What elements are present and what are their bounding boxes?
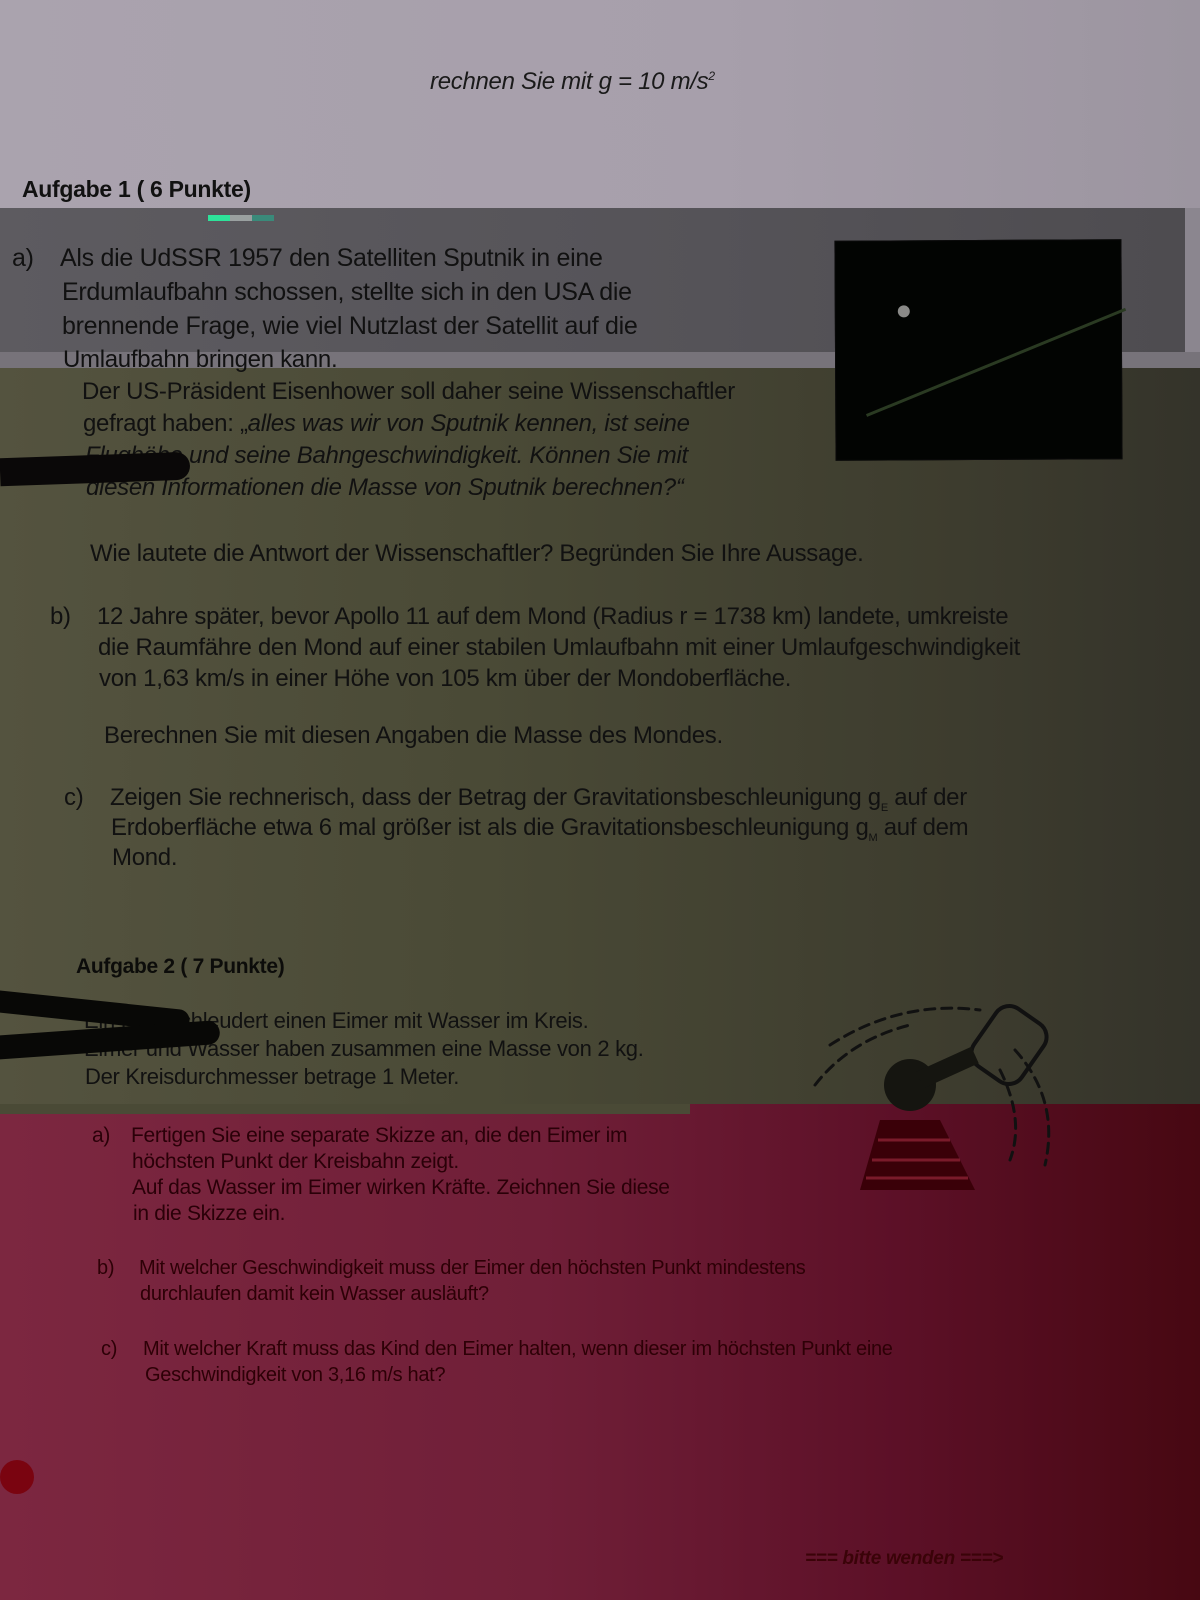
task1-a-line: Erdumlaufbahn schossen, stellte sich in … [62, 278, 632, 307]
task2-intro-line: Der Kreisdurchmesser betrage 1 Meter. [85, 1064, 459, 1090]
paper-edge [1185, 208, 1200, 366]
moon-icon [898, 305, 910, 317]
task1-heading: Aufgabe 1 ( 6 Punkte) [22, 176, 251, 203]
task1-c-line: Zeigen Sie rechnerisch, dass der Betrag … [110, 784, 967, 814]
task1-c-line: Erdoberfläche etwa 6 mal größer ist als … [111, 814, 968, 844]
child-swinging-bucket-illustration [800, 990, 1090, 1190]
task1-b-label: b) [50, 603, 71, 631]
gravity-hint: rechnen Sie mit g = 10 m/s2 [430, 68, 715, 96]
task2-a-label: a) [92, 1124, 110, 1148]
task2-c-line: Mit welcher Kraft muss das Kind den Eime… [143, 1338, 893, 1361]
task1-a-line: brennende Frage, wie viel Nutzlast der S… [62, 312, 638, 341]
task2-heading: Aufgabe 2 ( 7 Punkte) [76, 955, 284, 979]
task2-b-label: b) [97, 1257, 114, 1280]
task2-a-line: in die Skizze ein. [133, 1202, 285, 1226]
task1-b-line: 12 Jahre später, bevor Apollo 11 auf dem… [97, 603, 1008, 631]
task2-c-line: Geschwindigkeit von 3,16 m/s hat? [145, 1364, 445, 1387]
sputnik-photo [834, 239, 1122, 460]
task1-a-question: Wie lautete die Antwort der Wissenschaft… [90, 540, 864, 568]
scan-glitch [208, 208, 278, 222]
task1-a-line: gefragt haben: „alles was wir von Sputni… [83, 410, 690, 438]
horizon-streak [866, 308, 1126, 417]
task1-b-line: die Raumfähre den Mond auf einer stabile… [98, 634, 1020, 662]
task1-b-question: Berechnen Sie mit diesen Angaben die Mas… [104, 722, 723, 750]
paper-transition [0, 1104, 690, 1114]
task1-c-label: c) [64, 784, 83, 812]
task1-b-line: von 1,63 km/s in einer Höhe von 105 km ü… [99, 665, 791, 693]
task2-a-line: höchsten Punkt der Kreisbahn zeigt. [132, 1150, 459, 1174]
task1-a-line: Umlaufbahn bringen kann. [63, 346, 337, 374]
task2-a-line: Auf das Wasser im Eimer wirken Kräfte. Z… [132, 1176, 670, 1200]
task2-c-label: c) [101, 1338, 117, 1361]
task2-b-line: Mit welcher Geschwindigkeit muss der Eim… [139, 1257, 806, 1280]
task2-b-line: durchlaufen damit kein Wasser ausläuft? [140, 1283, 489, 1306]
task1-a-line: Als die UdSSR 1957 den Satelliten Sputni… [60, 244, 603, 273]
task2-a-line: Fertigen Sie eine separate Skizze an, di… [131, 1124, 627, 1148]
task1-a-line: Der US-Präsident Eisenhower soll daher s… [82, 378, 735, 406]
please-turn-over: === bitte wenden ===> [805, 1548, 1003, 1570]
task1-c-line: Mond. [112, 844, 177, 872]
punch-hole [0, 1460, 34, 1494]
task1-a-label: a) [12, 244, 34, 273]
